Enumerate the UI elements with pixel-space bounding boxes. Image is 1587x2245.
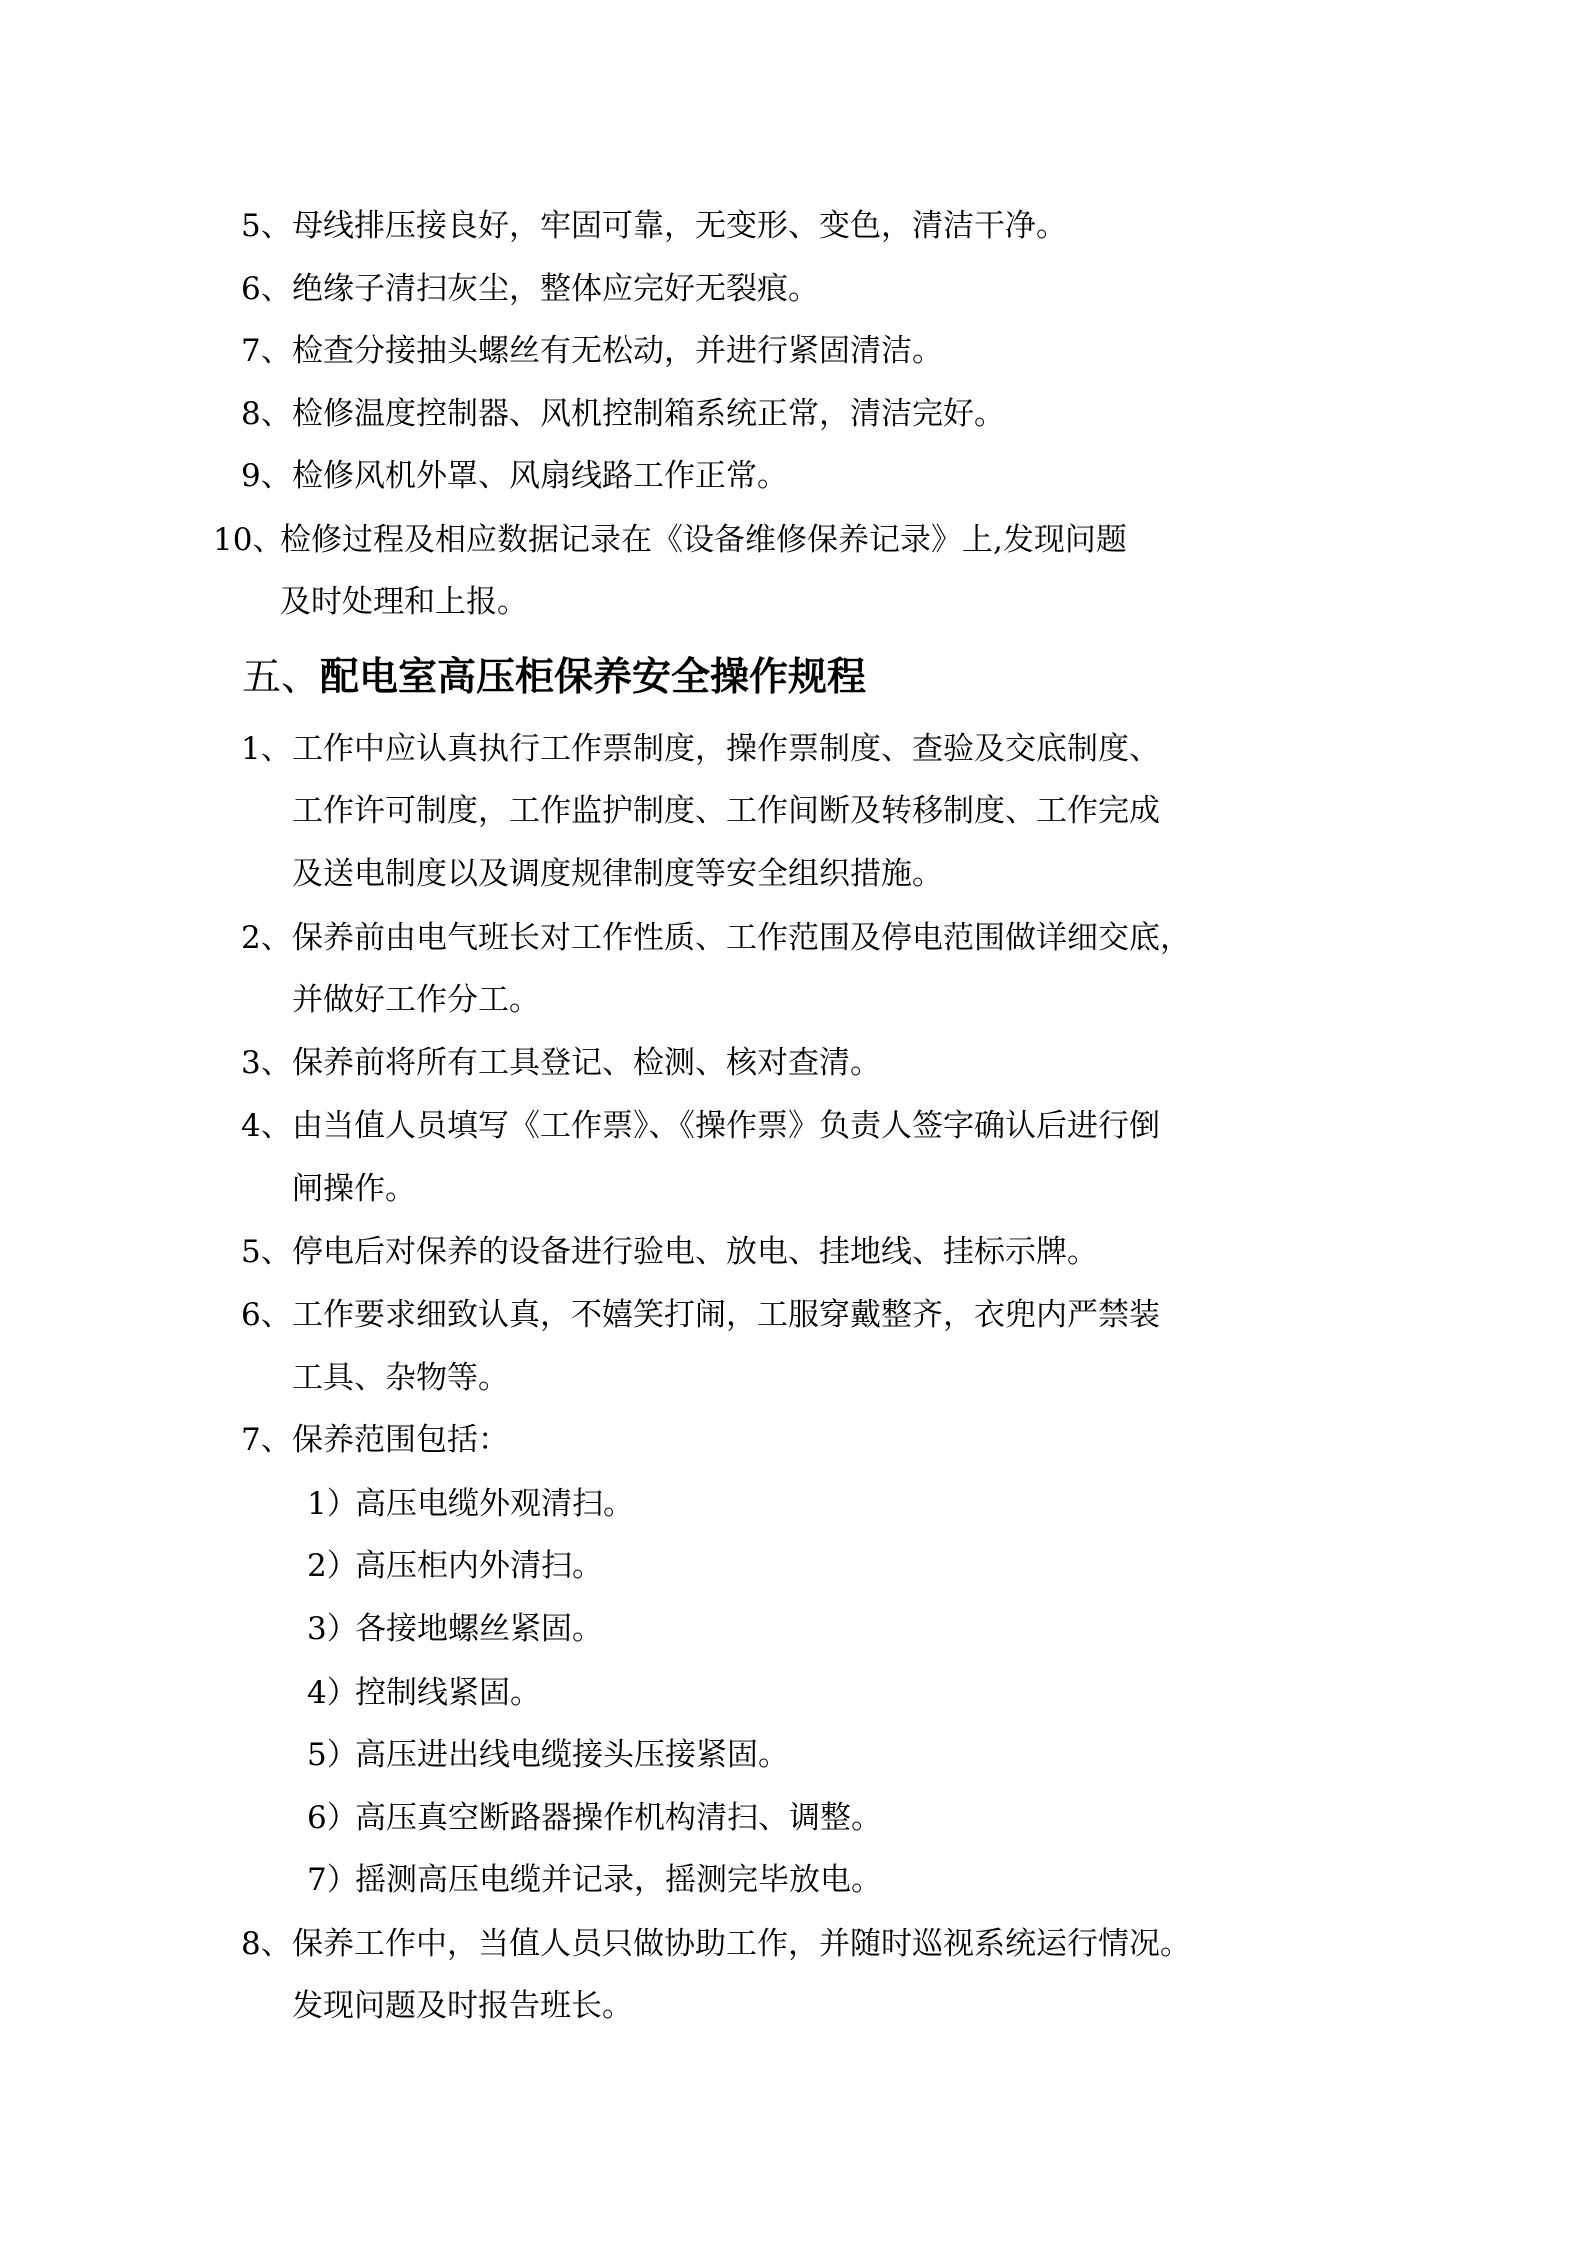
list-item-number: 8、 <box>241 1924 292 1964</box>
list-item-text: 检修风机外罩、风扇线路工作正常。 <box>292 456 788 496</box>
section-title: 配电室高压柜保养安全操作规程 <box>320 655 866 700</box>
list-item-number: 4、 <box>241 1106 292 1146</box>
list-item-text: 保养前将所有工具登记、检测、核对查清。 <box>292 1043 881 1083</box>
list-item-text-continuation: 及送电制度以及调度规律制度等安全组织措施。 <box>292 854 943 894</box>
list-item-text: 保养范围包括： <box>292 1420 509 1460</box>
sub-item-text: 高压进出线电缆接头压接紧固。 <box>355 1735 789 1775</box>
list-item-number: 6、 <box>241 1295 292 1335</box>
section-heading: 五、配电室高压柜保养安全操作规程 <box>242 653 866 703</box>
list-item-number: 5、 <box>241 206 292 246</box>
list-item-text: 检修温度控制器、风机控制箱系统正常，清洁完好。 <box>292 394 1005 434</box>
sub-item-number: 3） <box>307 1609 358 1649</box>
list-item-number: 5、 <box>241 1232 292 1272</box>
list-item-text: 保养工作中，当值人员只做协助工作，并随时巡视系统运行情况。 <box>292 1924 1191 1964</box>
list-item-text: 绝缘子清扫灰尘，整体应完好无裂痕。 <box>292 269 819 309</box>
list-item-text: 工作中应认真执行工作票制度，操作票制度、查验及交底制度、 <box>292 729 1160 769</box>
list-item-text-continuation: 及时处理和上报。 <box>280 582 528 622</box>
list-item-text: 工作要求细致认真，不嬉笑打闹，工服穿戴整齐，衣兜内严禁装 <box>292 1295 1160 1335</box>
sub-item-text: 高压电缆外观清扫。 <box>355 1484 634 1524</box>
list-item-number: 1、 <box>241 729 292 769</box>
sub-item-text: 摇测高压电缆并记录，摇测完毕放电。 <box>355 1860 882 1900</box>
list-item-number: 7、 <box>241 331 292 371</box>
list-item-text-continuation: 并做好工作分工。 <box>292 980 540 1020</box>
sub-item-number: 1） <box>307 1484 358 1524</box>
list-item-number: 7、 <box>241 1420 292 1460</box>
list-item-text: 检修过程及相应数据记录在《设备维修保养记录》上,发现问题 <box>280 520 1127 560</box>
list-item-number: 6、 <box>241 269 292 309</box>
sub-item-text: 高压柜内外清扫。 <box>355 1546 603 1586</box>
list-item-text-continuation: 闸操作。 <box>292 1169 416 1209</box>
list-item-number: 3、 <box>241 1043 292 1083</box>
list-item-number: 10、 <box>213 520 283 560</box>
list-item-text: 母线排压接良好，牢固可靠，无变形、变色，清洁干净。 <box>292 206 1067 246</box>
list-item-text: 停电后对保养的设备进行验电、放电、挂地线、挂标示牌。 <box>292 1232 1098 1272</box>
sub-item-text: 控制线紧固。 <box>355 1673 541 1713</box>
list-item-text-continuation: 工作许可制度，工作监护制度、工作间断及转移制度、工作完成 <box>292 791 1160 831</box>
sub-item-number: 7） <box>307 1860 358 1900</box>
sub-item-number: 4） <box>307 1673 358 1713</box>
list-item-text: 保养前由电气班长对工作性质、工作范围及停电范围做详细交底， <box>292 918 1191 958</box>
list-item-text: 检查分接抽头螺丝有无松动，并进行紧固清洁。 <box>292 331 943 371</box>
sub-item-number: 2） <box>307 1546 358 1586</box>
section-number: 五、 <box>242 655 320 700</box>
sub-item-text: 各接地螺丝紧固。 <box>355 1609 603 1649</box>
list-item-number: 9、 <box>241 456 292 496</box>
list-item-text: 由当值人员填写《工作票》、《操作票》负责人签字确认后进行倒 <box>292 1106 1160 1146</box>
list-item-text-continuation: 发现问题及时报告班长。 <box>292 1986 633 2026</box>
sub-item-number: 5） <box>307 1735 358 1775</box>
list-item-number: 2、 <box>241 918 292 958</box>
list-item-text-continuation: 工具、杂物等。 <box>292 1358 509 1398</box>
list-item-number: 8、 <box>241 394 292 434</box>
sub-item-text: 高压真空断路器操作机构清扫、调整。 <box>355 1798 882 1838</box>
sub-item-number: 6） <box>307 1798 358 1838</box>
